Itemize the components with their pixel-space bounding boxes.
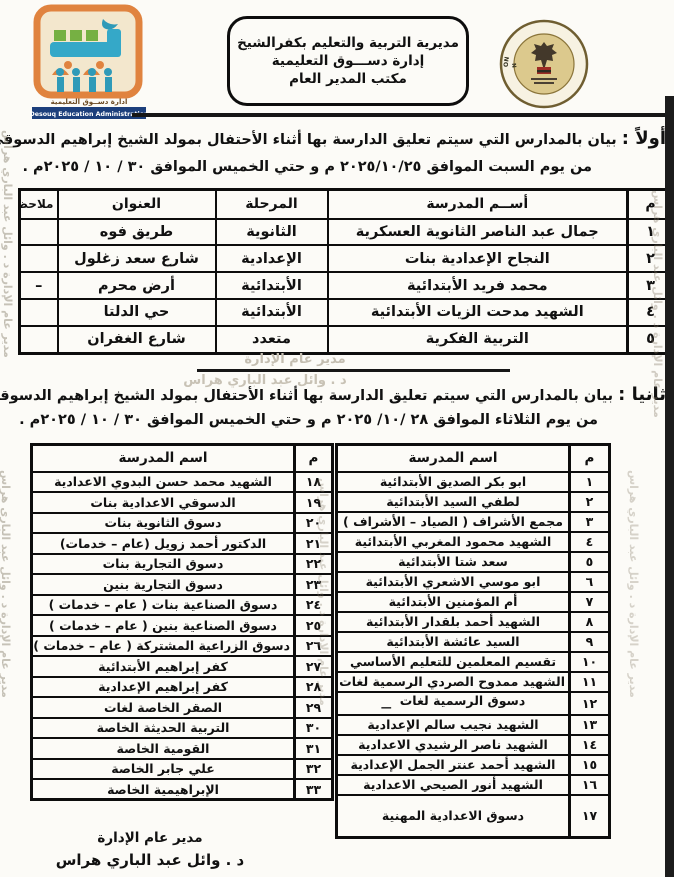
administration-name: إدارة دســـوق التعليمية	[272, 53, 425, 69]
col-header-school-name: أســم المدرسة	[328, 190, 628, 219]
col-header-serial: م	[295, 445, 333, 472]
signature-title: مدير عام الإدارة	[25, 830, 275, 846]
table-row: ٢٧كفر إبراهيم الأبتدائية	[32, 656, 333, 677]
first-section-text: بيان بالمدارس التي سيتم تعليق الدارسة به…	[0, 132, 617, 148]
serial-cell: ٢٦	[295, 636, 333, 657]
stage-cell: الإعدادية	[216, 245, 328, 272]
table-row: ١٧دسوق الاعدادية المهنية	[337, 795, 610, 838]
notes-cell	[20, 245, 58, 272]
notes-cell: –	[20, 272, 58, 299]
table-row: ٧أم المؤمنين الأبتدائية	[337, 592, 610, 612]
serial-cell: ٢٨	[295, 677, 333, 698]
serial-cell: ٢٠	[295, 513, 333, 534]
school-name-cell: الشهيد محمد حسن البدوي الاعدادية	[32, 472, 295, 493]
serial-cell: ٥	[570, 552, 610, 572]
table-row: ١٩الدسوقي الاعدادية بنات	[32, 492, 333, 513]
school-name-cell: دسوق الصناعية بنين ( عام – خدمات )	[32, 615, 295, 636]
office-name: مكتب المدير العام	[289, 71, 407, 87]
school-name-cell: الصقر الخاصة لغات	[32, 697, 295, 718]
second-schools-table-right: م اسم المدرسة ١ابو بكر الصديق الأبتدائية…	[335, 443, 611, 839]
table-row: ٢٠دسوق الثانوية بنات	[32, 513, 333, 534]
table-row: ٣٣الإبراهيمية الخاصة	[32, 779, 333, 800]
col-header-school-name: اسم المدرسة	[32, 445, 295, 472]
second-section-heading: ثانيا : بيان بالمدارس التي سيتم تعليق ال…	[0, 384, 666, 405]
address-cell: شارع سعد زغلول	[58, 245, 216, 272]
serial-cell: ٢	[570, 492, 610, 512]
serial-cell: ٣١	[295, 738, 333, 759]
serial-cell: ٢٣	[295, 574, 333, 595]
table-row: ٤الشهيد محمود المغربي الأبتدائية	[337, 532, 610, 552]
serial-cell: ٢٢	[295, 554, 333, 575]
col-header-address: العنوان	[58, 190, 216, 219]
stamp-divider-line	[197, 369, 510, 372]
table-row: ٣ محمد فريد الأبتدائية الأبتدائية أرض مح…	[20, 272, 674, 299]
stage-cell: الأبتدائية	[216, 272, 328, 299]
serial-cell: ٢٧	[295, 656, 333, 677]
ministry-seal-icon: MINISTRY OF EDUCATION AND TECHNICAL EDUC…	[498, 18, 590, 110]
table2-header-row: م اسم المدرسة	[337, 445, 610, 472]
school-name-cell: القومية الخاصة	[32, 738, 295, 759]
address-cell: شارع الغفران	[58, 326, 216, 354]
school-name-cell: كفر إبراهيم الأبتدائية	[32, 656, 295, 677]
logo-arabic-caption: ادارة دســوق التعليمية	[51, 98, 128, 106]
notes-cell	[20, 326, 58, 354]
school-name-cell: ابو بكر الصديق الأبتدائية	[337, 472, 570, 492]
serial-cell: ١٤	[570, 735, 610, 755]
school-name-cell: الشهيد أحمد عنتر الجمل الإعدادية	[337, 755, 570, 775]
first-section-heading: أولاً : بيان بالمدارس التي سيتم تعليق ال…	[0, 128, 666, 149]
school-name-cell: علي جابر الخاصة	[32, 759, 295, 780]
school-name-cell: دسوق الصناعية بنات ( عام – خدمات )	[32, 595, 295, 616]
table-row: ١ابو بكر الصديق الأبتدائية	[337, 472, 610, 492]
table-row: ٥ التربية الفكرية متعدد شارع الغفران	[20, 326, 674, 354]
serial-cell: ٩	[570, 632, 610, 652]
col-header-school-name: اسم المدرسة	[337, 445, 570, 472]
school-name-cell: الشهيد ناصر الرشيدي الاعدادية	[337, 735, 570, 755]
table-row: ١٤الشهيد ناصر الرشيدي الاعدادية	[337, 735, 610, 755]
school-name-cell: لطفي السيد الأبتدائية	[337, 492, 570, 512]
table-row: ٣٠التربية الحديثة الخاصة	[32, 718, 333, 739]
school-name-cell: محمد فريد الأبتدائية	[328, 272, 628, 299]
table-row: ٢٦دسوق الزراعية المشتركة ( عام – خدمات )	[32, 636, 333, 657]
table1-header-row: م أســم المدرسة المرحلة العنوان ملاحظات	[20, 190, 674, 219]
table-row: ٣٢علي جابر الخاصة	[32, 759, 333, 780]
scan-edge-artifact	[665, 96, 674, 877]
school-name-cell: جمال عبد الناصر الثانوية العسكرية	[328, 219, 628, 246]
table-row: ٢٨كفر إبراهيم الإعدادية	[32, 677, 333, 698]
serial-cell: ٢٤	[295, 595, 333, 616]
address-cell: أرض محرم	[58, 272, 216, 299]
col-header-notes: ملاحظات	[20, 190, 58, 219]
address-cell: حي الدلتا	[58, 299, 216, 326]
signature-name: د . وائل عبد الباري هراس	[25, 851, 275, 869]
second-schools-table-left: م اسم المدرسة ١٨الشهيد محمد حسن البدوي ا…	[30, 443, 334, 801]
table-row: ٢٣دسوق التجارية بنين	[32, 574, 333, 595]
margin-watermark: مدير عام الإدارة د . وائل عبد الباري هرا…	[627, 470, 640, 698]
serial-cell: ٢٥	[295, 615, 333, 636]
stage-cell: الثانوية	[216, 219, 328, 246]
first-section-dates: من يوم السبت الموافق ٢٠٢٥/١٠/٢٥ م و حتي …	[22, 159, 592, 175]
table-row: ٣١القومية الخاصة	[32, 738, 333, 759]
serial-cell: ٣٠	[295, 718, 333, 739]
second-section-text: بيان بالمدارس التي سيتم تعليق الدارسة به…	[0, 388, 613, 404]
table-row: ٩السيد عائشة الأبتدائية	[337, 632, 610, 652]
school-name-cell: الدكتور أحمد زويل (عام – خدمات)	[32, 533, 295, 554]
stage-cell: الأبتدائية	[216, 299, 328, 326]
serial-cell: ٧	[570, 592, 610, 612]
serial-cell: ٢٩	[295, 697, 333, 718]
directorate-name: مديرية التربية والتعليم بكفرالشيخ	[237, 35, 459, 51]
second-section-label: ثانيا :	[618, 384, 666, 405]
school-name-cell: مجمع الأشراف ( الصياد – الأشراف )	[337, 512, 570, 532]
school-name-cell: الدسوقي الاعدادية بنات	[32, 492, 295, 513]
notes-cell	[20, 299, 58, 326]
table-row: ٥سعد شتا الأبتدائية	[337, 552, 610, 572]
school-name: دسوق الرسمية لغات	[400, 693, 526, 708]
serial-cell: ٣	[570, 512, 610, 532]
faded-stamp-title: مدير عام الإدارة	[215, 352, 375, 367]
serial-cell: ٣٣	[295, 779, 333, 800]
school-name-cell: أم المؤمنين الأبتدائية	[337, 592, 570, 612]
table-row: ٤ الشهيد مدحت الزيات الأبتدائية الأبتدائ…	[20, 299, 674, 326]
serial-cell: ٤	[570, 532, 610, 552]
school-name-cell: الشهيد أنور الصيحي الاعدادية	[337, 775, 570, 795]
table-row: ٢ النجاح الإعدادية بنات الإعدادية شارع س…	[20, 245, 674, 272]
table-row: ١٥الشهيد أحمد عنتر الجمل الإعدادية	[337, 755, 610, 775]
school-name-cell: التربية الحديثة الخاصة	[32, 718, 295, 739]
table-row: ٦ابو موسي الاشعري الأبتدائية	[337, 572, 610, 592]
serial-cell: ١٧	[570, 795, 610, 838]
serial-cell: ٢١	[295, 533, 333, 554]
school-name-cell: دسوق التجارية بنات	[32, 554, 295, 575]
school-name-cell: دسوق الاعدادية المهنية	[337, 795, 570, 838]
serial-cell: ١١	[570, 672, 610, 692]
school-name-cell: النجاح الإعدادية بنات	[328, 245, 628, 272]
margin-watermark: مدير عام الإدارة د . وائل عبد الباري هرا…	[1, 130, 14, 358]
logo-english-caption: Desouq Education Administration	[30, 111, 148, 118]
school-name-cell: دسوق التجارية بنين	[32, 574, 295, 595]
header-divider-line	[132, 113, 674, 117]
school-name-cell: الشهيد ممدوح الصردي الرسمية لغات	[337, 672, 570, 692]
directorate-header-box: مديرية التربية والتعليم بكفرالشيخ إدارة …	[227, 16, 469, 106]
table-row: ٢١الدكتور أحمد زويل (عام – خدمات)	[32, 533, 333, 554]
first-schools-table: م أســم المدرسة المرحلة العنوان ملاحظات …	[18, 188, 674, 355]
table-row: ١١الشهيد ممدوح الصردي الرسمية لغات	[337, 672, 610, 692]
school-name-cell: دسوق الثانوية بنات	[32, 513, 295, 534]
serial-cell: ١٥	[570, 755, 610, 775]
table2-header-row: م اسم المدرسة	[32, 445, 333, 472]
stray-dash-mark: —	[381, 701, 392, 714]
col-header-stage: المرحلة	[216, 190, 328, 219]
table-row: ١٨الشهيد محمد حسن البدوي الاعدادية	[32, 472, 333, 493]
school-name-cell: الشهيد محمود المغربي الأبتدائية	[337, 532, 570, 552]
school-name-cell: التربية الفكرية	[328, 326, 628, 354]
school-name-cell: الشهيد مدحت الزيات الأبتدائية	[328, 299, 628, 326]
school-name-cell: الشهيد أحمد بلقدار الأبتدائية	[337, 612, 570, 632]
serial-cell: ٨	[570, 612, 610, 632]
school-name-cell: الإبراهيمية الخاصة	[32, 779, 295, 800]
table-row: ٢٩الصقر الخاصة لغات	[32, 697, 333, 718]
serial-cell: ١٢	[570, 692, 610, 715]
table-row: ٣مجمع الأشراف ( الصياد – الأشراف )	[337, 512, 610, 532]
signature-block: مدير عام الإدارة د . وائل عبد الباري هرا…	[25, 830, 275, 869]
scanned-document-page: ادارة دســوق التعليمية Desouq Education …	[0, 0, 674, 877]
table-row: ٢٢دسوق التجارية بنات	[32, 554, 333, 575]
table-row: ١ جمال عبد الناصر الثانوية العسكرية الثا…	[20, 219, 674, 246]
school-name-cell: كفر إبراهيم الإعدادية	[32, 677, 295, 698]
school-name-cell: سعد شتا الأبتدائية	[337, 552, 570, 572]
first-section-label: أولاً :	[622, 128, 666, 149]
table-row: ١٦الشهيد أنور الصيحي الاعدادية	[337, 775, 610, 795]
table-row: ٨الشهيد أحمد بلقدار الأبتدائية	[337, 612, 610, 632]
school-name-cell: تقسيم المعلمين للتعليم الأساسي	[337, 652, 570, 672]
serial-cell: ١٦	[570, 775, 610, 795]
school-name-cell: دسوق الزراعية المشتركة ( عام – خدمات )	[32, 636, 295, 657]
address-cell: طريق فوه	[58, 219, 216, 246]
school-name-cell: السيد عائشة الأبتدائية	[337, 632, 570, 652]
col-header-serial: م	[570, 445, 610, 472]
table-row: ١٠تقسيم المعلمين للتعليم الأساسي	[337, 652, 610, 672]
serial-cell: ٣٢	[295, 759, 333, 780]
second-section-dates: من يوم الثلاثاء الموافق ٢٨ /١٠/ ٢٠٢٥ م و…	[19, 412, 598, 428]
stage-cell: متعدد	[216, 326, 328, 354]
serial-cell: ١٩	[295, 492, 333, 513]
serial-cell: ١	[570, 472, 610, 492]
desouq-administration-logo-icon: ادارة دســوق التعليمية Desouq Education …	[30, 4, 148, 120]
table-row: ١٢دسوق الرسمية لغات—	[337, 692, 610, 715]
serial-cell: ١٠	[570, 652, 610, 672]
margin-watermark: مدير عام الإدارة د . وائل عبد الباري هرا…	[0, 470, 12, 698]
school-name-cell: دسوق الرسمية لغات—	[337, 692, 570, 715]
notes-cell	[20, 219, 58, 246]
table-row: ٢٥دسوق الصناعية بنين ( عام – خدمات )	[32, 615, 333, 636]
school-name-cell: ابو موسي الاشعري الأبتدائية	[337, 572, 570, 592]
serial-cell: ٦	[570, 572, 610, 592]
table-row: ٢٤دسوق الصناعية بنات ( عام – خدمات )	[32, 595, 333, 616]
table-row: ١٣الشهيد نجيب سالم الإعدادية	[337, 715, 610, 735]
serial-cell: ١٨	[295, 472, 333, 493]
table-row: ٢لطفي السيد الأبتدائية	[337, 492, 610, 512]
school-name-cell: الشهيد نجيب سالم الإعدادية	[337, 715, 570, 735]
serial-cell: ١٣	[570, 715, 610, 735]
